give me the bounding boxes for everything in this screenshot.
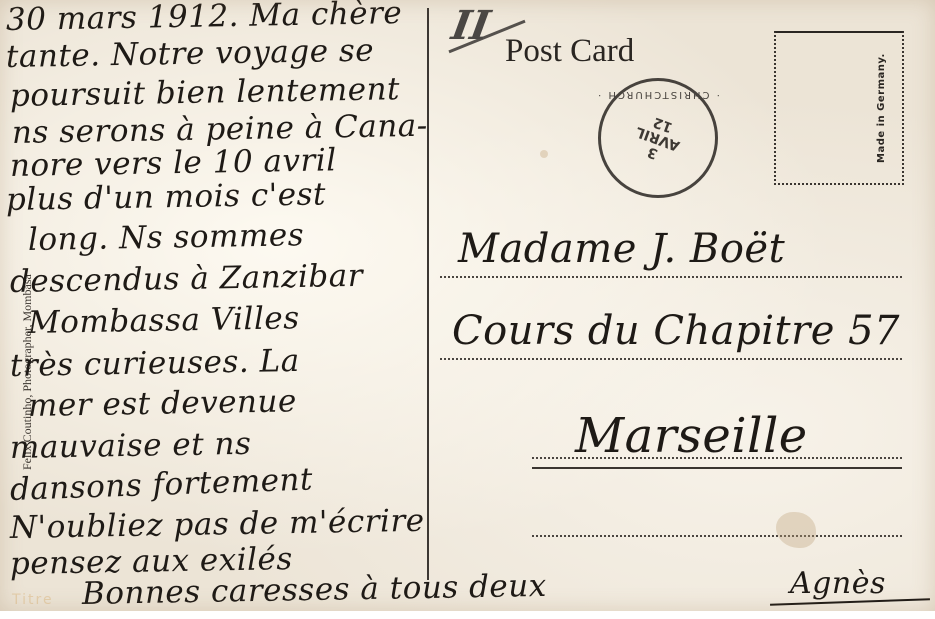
address-line-3-solid <box>532 467 902 469</box>
address-line-1 <box>440 276 902 278</box>
post-card-title: Post Card <box>505 33 634 70</box>
message-line: Bonnes caresses à tous deux <box>82 566 547 611</box>
message-line: mer est devenue <box>28 381 297 426</box>
postmark-ring-text: · CHRISTCHURCH · <box>596 89 720 100</box>
message-line: long. Ns sommes <box>28 215 305 260</box>
message-line: Mombassa Villes <box>28 298 300 343</box>
postmark-icon: · CHRISTCHURCH · 3 AVRIL 12 <box>598 78 718 198</box>
paper-stain <box>776 512 816 548</box>
roman-numeral-mark: II <box>443 2 498 49</box>
center-divider <box>427 8 429 580</box>
faded-watermark: Titre <box>12 592 54 608</box>
paper-spot <box>540 150 548 158</box>
made-in-germany-text: Made in Germany. <box>876 53 887 163</box>
recipient-street: Cours du Chapitre 57 <box>452 308 900 354</box>
postcard-back: Titre II Post Card Made in Germany. · CH… <box>0 0 935 611</box>
address-line-4 <box>532 535 902 537</box>
address-line-2 <box>440 358 902 360</box>
stamp-box: Made in Germany. <box>774 31 904 185</box>
signature: Agnès <box>790 564 886 604</box>
message-line: très curieuses. La <box>10 341 300 386</box>
postmark-date: 3 AVRIL 12 <box>629 109 687 167</box>
recipient-name: Madame J. Boët <box>458 226 785 272</box>
recipient-city: Marseille <box>575 408 808 464</box>
message-line: plus d'un mois c'est <box>6 174 327 220</box>
message-line: mauvaise et ns <box>10 424 252 468</box>
message-line: descendus à Zanzibar <box>10 256 364 302</box>
bottom-margin <box>0 611 935 619</box>
